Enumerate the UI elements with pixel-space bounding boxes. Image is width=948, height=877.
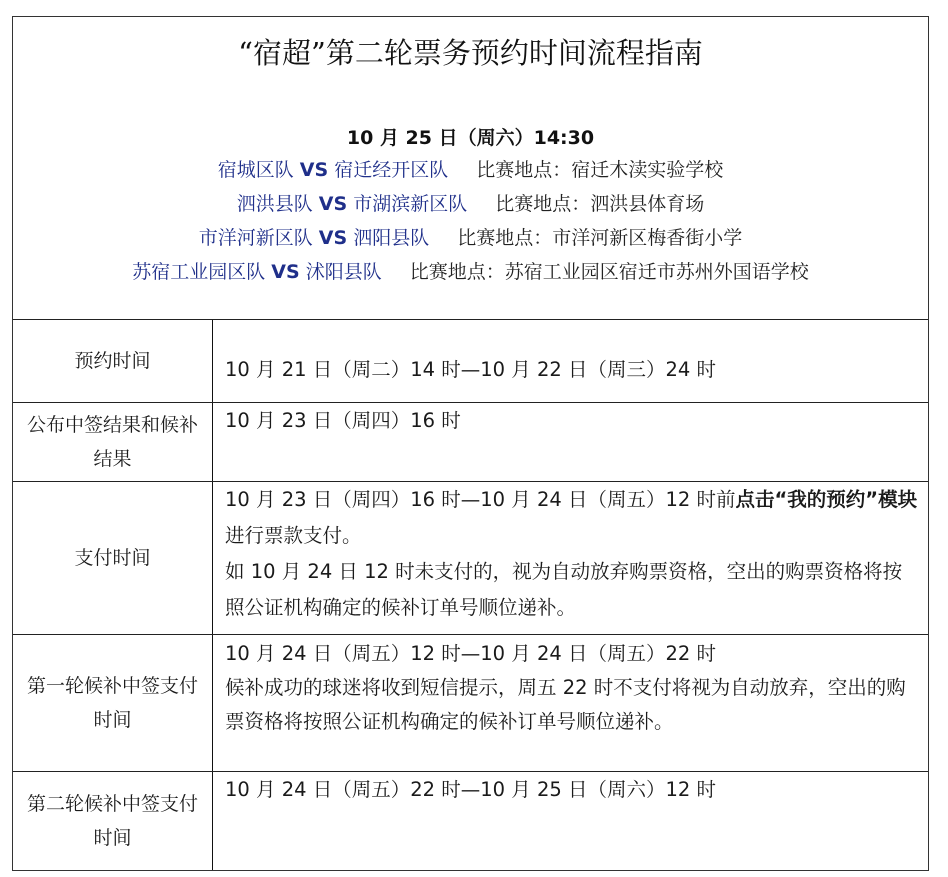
venue: 比赛地点：市洋河新区梅香街小学 [457,227,742,249]
match-line: 苏宿工业园区队 VS 沭阳县队 比赛地点：苏宿工业园区宿迁市苏州外国语学校 [13,257,928,284]
payment-window: 10 月 23 日（周四）16 时—10 月 24 日（周五）12 时前 [225,488,735,511]
row-label: 预约时间 [13,320,213,402]
venue-label: 比赛地点： [476,159,571,181]
table-row: 第一轮候补中签支付时间 10 月 24 日（周五）12 时—10 月 24 日（… [13,635,928,772]
team-a: 苏宿工业园区队 [132,261,265,283]
row-content: 10 月 24 日（周五）12 时—10 月 24 日（周五）22 时 候补成功… [225,637,918,739]
content-line: 10 月 23 日（周四）16 时—10 月 24 日（周五）12 时前点击“我… [225,482,918,554]
venue-label: 比赛地点： [495,193,590,215]
match-line: 宿城区队 VS 宿迁经开区队 比赛地点：宿迁木渎实验学校 [13,155,928,182]
schedule-document: “宿超”第二轮票务预约时间流程指南 10 月 25 日（周六）14:30 宿城区… [12,16,929,871]
venue-label: 比赛地点： [457,227,552,249]
table-row: 支付时间 10 月 23 日（周四）16 时—10 月 24 日（周五）12 时… [13,482,928,635]
venue: 比赛地点：苏宿工业园区宿迁市苏州外国语学校 [410,261,809,283]
venue-label: 比赛地点： [410,261,505,283]
row-label: 支付时间 [13,482,213,634]
content-line: 如 10 月 24 日 12 时未支付的，视为自动放弃购票资格，空出的购票资格将… [225,554,918,626]
content-line: 10 月 24 日（周五）22 时—10 月 25 日（周六）12 时 [225,772,918,808]
vs-label: VS [319,227,347,249]
row-content: 10 月 23 日（周四）16 时 [225,403,918,439]
my-booking-instruction: 点击“我的预约”模块 [735,488,917,511]
vs-label: VS [300,159,328,181]
content-line: 10 月 23 日（周四）16 时 [225,403,918,439]
venue-name: 市洋河新区梅香街小学 [552,227,742,249]
venue-name: 宿迁木渎实验学校 [571,159,723,181]
table-row: 公布中签结果和候补结果 10 月 23 日（周四）16 时 [13,403,928,482]
row-content: 10 月 24 日（周五）22 时—10 月 25 日（周六）12 时 [225,772,918,808]
content-line: 10 月 24 日（周五）12 时—10 月 24 日（周五）22 时 [225,637,918,671]
match-line: 市洋河新区队 VS 泗阳县队 比赛地点：市洋河新区梅香街小学 [13,223,928,250]
venue-name: 苏宿工业园区宿迁市苏州外国语学校 [505,261,809,283]
table-row: 第二轮候补中签支付时间 10 月 24 日（周五）22 时—10 月 25 日（… [13,772,928,870]
team-b: 泗阳县队 [353,227,429,249]
row-content: 10 月 21 日（周二）14 时—10 月 22 日（周三）24 时 [225,352,918,388]
row-label: 第二轮候补中签支付时间 [13,772,213,870]
table-row: 预约时间 10 月 21 日（周二）14 时—10 月 22 日（周三）24 时 [13,320,928,403]
team-a: 市洋河新区队 [199,227,313,249]
content-line: 10 月 21 日（周二）14 时—10 月 22 日（周三）24 时 [225,352,918,388]
payment-suffix: 进行票款支付。 [225,524,362,547]
page-title: “宿超”第二轮票务预约时间流程指南 [13,31,928,72]
team-b: 沭阳县队 [306,261,382,283]
team-a: 宿城区队 [218,159,294,181]
row-content: 10 月 23 日（周四）16 时—10 月 24 日（周五）12 时前点击“我… [225,482,918,626]
row-label: 公布中签结果和候补结果 [13,403,213,481]
document-header: “宿超”第二轮票务预约时间流程指南 10 月 25 日（周六）14:30 宿城区… [13,17,928,320]
team-b: 宿迁经开区队 [334,159,448,181]
vs-label: VS [271,261,299,283]
team-a: 泗洪县队 [237,193,313,215]
venue: 比赛地点：宿迁木渎实验学校 [476,159,723,181]
row-label: 第一轮候补中签支付时间 [13,635,213,771]
match-line: 泗洪县队 VS 市湖滨新区队 比赛地点：泗洪县体育场 [13,189,928,216]
venue-name: 泗洪县体育场 [590,193,704,215]
match-date: 10 月 25 日（周六）14:30 [13,123,928,150]
team-b: 市湖滨新区队 [353,193,467,215]
vs-label: VS [319,193,347,215]
content-line: 候补成功的球迷将收到短信提示，周五 22 时不支付将视为自动放弃，空出的购票资格… [225,671,918,739]
venue: 比赛地点：泗洪县体育场 [495,193,704,215]
